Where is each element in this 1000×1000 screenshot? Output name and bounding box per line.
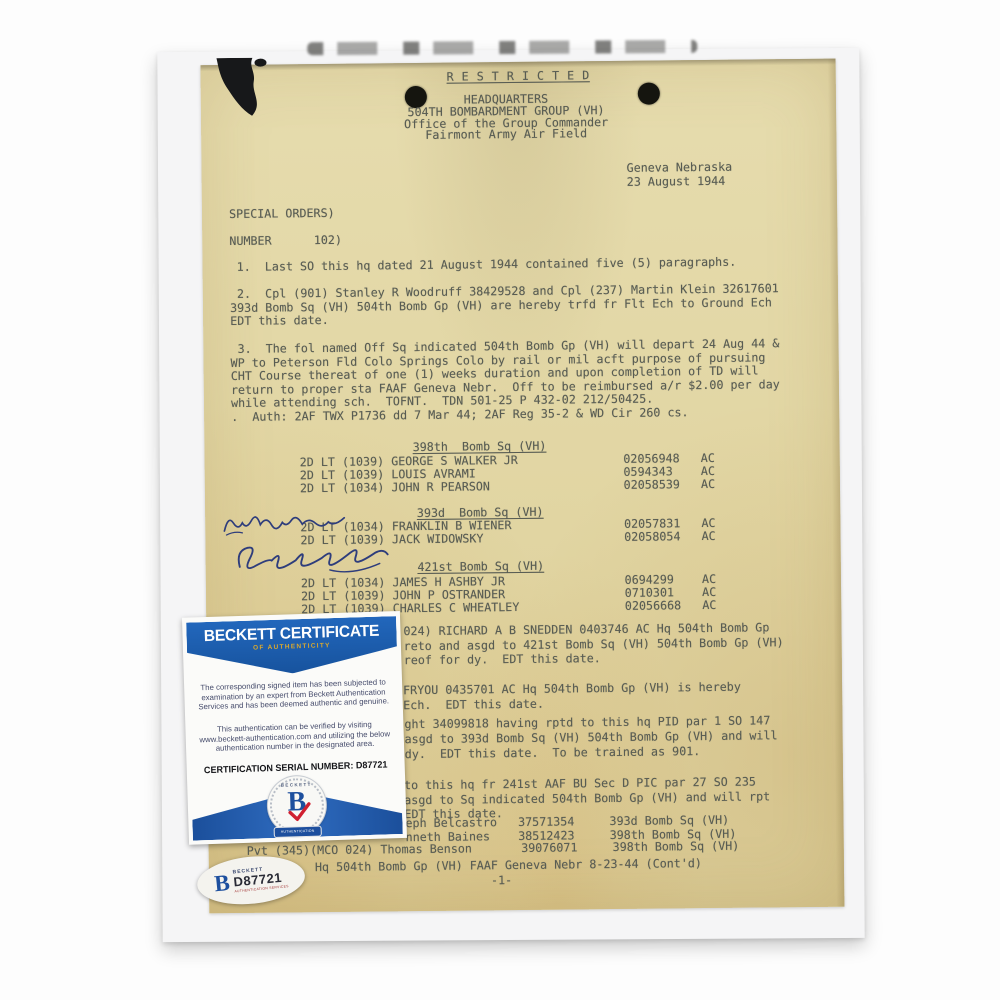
paragraph-1: 1. Last SO this hq dated 21 August 1944 … [230, 255, 820, 275]
torn-edge-mark [307, 40, 697, 55]
special-orders-label: SPECIAL ORDERS) [229, 207, 335, 222]
coa-serial-number: CERTIFICATION SERIAL NUMBER: D87721 [190, 759, 402, 776]
paragraph-5-fragment: FRYOU 0435701 AC Hq 504th Bomb Gp (VH) i… [403, 680, 741, 714]
classification-restricted: R E S T R I C T E D [201, 67, 836, 87]
headquarters-block: HEADQUARTERS 504TH BOMBARDMENT GROUP (VH… [201, 91, 811, 145]
squadron-rows-421: 2D LT (1034) JAMES H ASHBY JR 0694299 AC… [301, 573, 717, 616]
paragraph-4-fragment: 024) RICHARD A B SNEDDEN 0403746 AC Hq 5… [403, 620, 783, 667]
serial-sticker-letter-b: B [213, 871, 231, 895]
paragraph-3: 3. The fol named Off Sq indicated 504th … [230, 337, 826, 424]
beckett-serial-sticker: B BECKETT D87721 AUTHENTICATION SERVICES [195, 852, 307, 909]
paragraph-2: 2. Cpl (901) Stanley R Woodruff 38429528… [230, 282, 820, 329]
squadron-heading-421-text: 421st Bomb Sq (VH) [417, 559, 544, 574]
paragraph-6-fragment: ght 34099818 having rptd to this hq PID … [404, 713, 777, 762]
order-number-line: NUMBER 102) [229, 234, 342, 249]
checkmark-icon [287, 802, 312, 823]
beckett-coa-sticker: BECKETT CERTIFICATE OF AUTHENTICITY The … [182, 611, 407, 845]
coa-body-paragraph-2: This authentication can be verified by v… [195, 719, 394, 754]
dateline: Geneva Nebraska 23 August 1944 [627, 161, 733, 189]
product-photo: R E S T R I C T E D HEADQUARTERS 504TH B… [0, 0, 1000, 1000]
squadron-heading-398-text: 398th Bomb Sq (VH) [413, 439, 547, 454]
coa-body-paragraph-1: The corresponding signed item has been s… [194, 677, 393, 712]
coa-banner: BECKETT CERTIFICATE OF AUTHENTICITY [186, 616, 398, 677]
photo-mat-board: R E S T R I C T E D HEADQUARTERS 504TH B… [157, 48, 864, 942]
squadron-rows-398: 2D LT (1039) GEORGE S WALKER JR 02056948… [300, 452, 716, 495]
military-document: R E S T R I C T E D HEADQUARTERS 504TH B… [201, 59, 845, 914]
signature-franklin-wiener [220, 510, 348, 539]
serial-sticker-text: BECKETT D87721 AUTHENTICATION SERVICES [232, 865, 288, 894]
coa-ribbon-banner: AUTHENTICATION SERVICES [275, 827, 321, 837]
